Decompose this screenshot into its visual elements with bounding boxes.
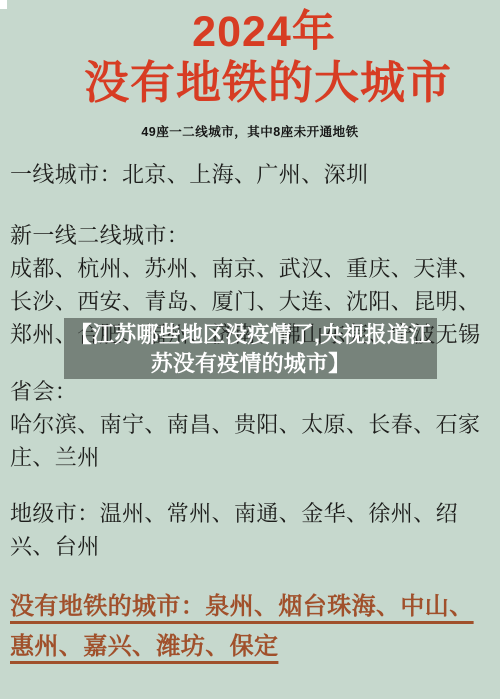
- no-subway-line: 惠州、嘉兴、潍坊、保定: [10, 627, 488, 667]
- new-tier-line: 成都、杭州、苏州、南京、武汉、重庆、天津、: [10, 252, 488, 285]
- tier1-section: 一线城市：北京、上海、广州、深圳: [10, 158, 488, 191]
- subtitle: 49座一二线城市，其中8座未开通地铁: [0, 122, 500, 140]
- watermark-overlay: 【江苏哪些地区没疫情了,央视报道江 苏没有疫情的城市】: [64, 318, 437, 379]
- new-tier-heading: 新一线二线城市：: [10, 219, 488, 252]
- watermark-line: 苏没有疫情的城市】: [151, 349, 351, 378]
- year-title: 2024年: [14, 10, 500, 55]
- watermark-line: 【江苏哪些地区没疫情了,央视报道江: [70, 320, 432, 349]
- corner-notch: [0, 0, 7, 9]
- capitals-section: 省会： 哈尔滨、南宁、南昌、贵阳、太原、长春、石家 庄、兰州: [10, 375, 488, 474]
- prefecture-line: 地级市：温州、常州、南通、金华、徐州、绍: [10, 497, 488, 530]
- prefecture-section: 地级市：温州、常州、南通、金华、徐州、绍 兴、台州: [10, 497, 488, 563]
- header: 2024年 没有地铁的大城市 49座一二线城市，其中8座未开通地铁: [0, 0, 500, 140]
- capitals-line: 庄、兰州: [10, 441, 488, 474]
- infographic-page: 2024年 没有地铁的大城市 49座一二线城市，其中8座未开通地铁 一线城市：北…: [0, 0, 500, 699]
- capitals-heading: 省会：: [10, 375, 488, 408]
- main-title: 没有地铁的大城市: [18, 60, 500, 105]
- capitals-line: 哈尔滨、南宁、南昌、贵阳、太原、长春、石家: [10, 408, 488, 441]
- no-subway-line: 没有地铁的城市：泉州、烟台珠海、中山、: [10, 587, 488, 627]
- content: 一线城市：北京、上海、广州、深圳 新一线二线城市： 成都、杭州、苏州、南京、武汉…: [0, 158, 500, 667]
- prefecture-line: 兴、台州: [10, 530, 488, 563]
- new-tier-line: 长沙、西安、青岛、厦门、大连、沈阳、昆明、: [10, 285, 488, 318]
- tier1-line: 一线城市：北京、上海、广州、深圳: [10, 158, 488, 191]
- no-subway-section: 没有地铁的城市：泉州、烟台珠海、中山、 惠州、嘉兴、潍坊、保定: [10, 587, 488, 667]
